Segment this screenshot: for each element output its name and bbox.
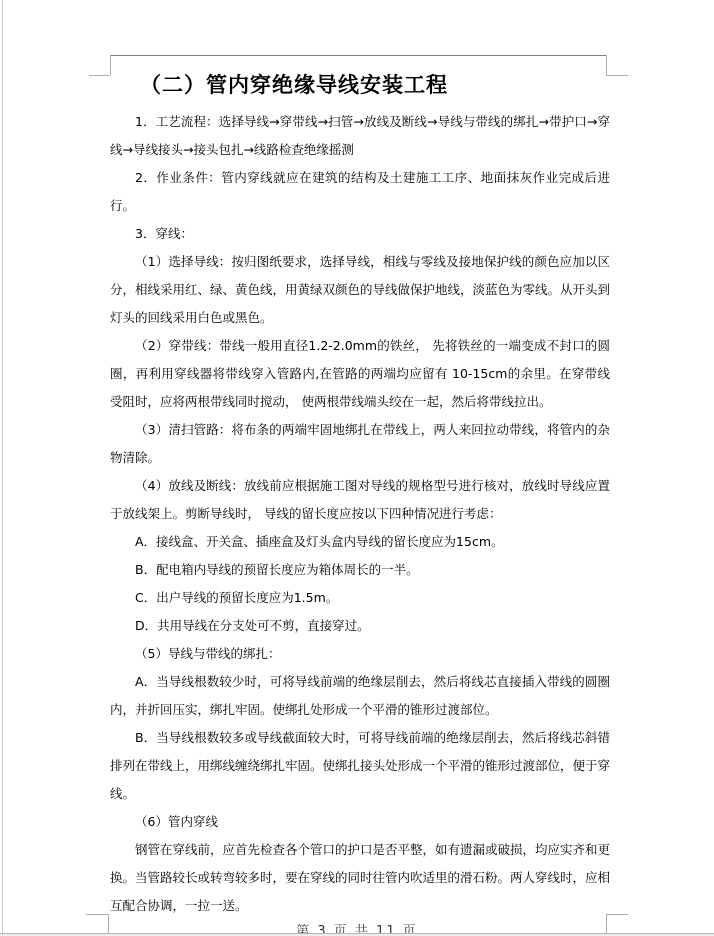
paragraph[interactable]: （3）清扫管路：将布条的两端牢固地绑扎在带线上，两人来回拉动带线，将管内的杂物清… <box>110 416 610 472</box>
paragraph[interactable]: 3．穿线： <box>110 220 610 248</box>
crop-mark-top-left-horizontal <box>89 75 110 76</box>
document-page: （二）管内穿绝缘导线安装工程 1．工艺流程：选择导线→穿带线→扫管→放线及断线→… <box>0 0 714 936</box>
page-left-edge <box>2 0 3 933</box>
paragraph[interactable]: 1．工艺流程：选择导线→穿带线→扫管→放线及断线→导线与带线的绑扎→带护口→穿线… <box>110 108 610 164</box>
paragraph[interactable]: （5）导线与带线的绑扎： <box>110 640 610 668</box>
section-heading[interactable]: （二）管内穿绝缘导线安装工程 <box>110 70 610 100</box>
text-boundary-top-line <box>110 55 607 56</box>
paragraph[interactable]: B．当导线根数较多或导线截面较大时，可将导线前端的绝缘层削去，然后将线芯斜错排列… <box>110 724 610 808</box>
paragraph[interactable]: （2）穿带线：带线一般用直径1.2-2.0mm的铁丝， 先将铁丝的一端变成不封口… <box>110 332 610 416</box>
paragraph[interactable]: 2．作业条件：管内穿线就应在建筑的结构及土建施工工序、地面抹灰作业完成后进行。 <box>110 164 610 220</box>
paragraph[interactable]: B．配电箱内导线的预留长度应为箱体周长的一半。 <box>110 556 610 584</box>
crop-mark-bottom-left-horizontal <box>86 914 108 915</box>
paragraph[interactable]: 钢管在穿线前，应首先检查各个管口的护口是否平整，如有遗漏或破损，均应实齐和更换。… <box>110 836 610 920</box>
paragraph[interactable]: （6）管内穿线 <box>110 808 610 836</box>
paragraph[interactable]: A．接线盒、开关盒、插座盒及灯头盒内导线的留长度应为15cm。 <box>110 528 610 556</box>
paragraph[interactable]: （4）放线及断线：放线前应根据施工图对导线的规格型号进行核对，放线时导线应置于放… <box>110 472 610 528</box>
paragraph[interactable]: C．出户导线的预留长度应为1.5m。 <box>110 584 610 612</box>
paragraph[interactable]: D．共用导线在分支处可不剪，直接穿过。 <box>110 612 610 640</box>
paragraph[interactable]: A．当导线根数较少时，可将导线前端的绝缘层削去，然后将线芯直接插入带线的圆圈内，… <box>110 668 610 724</box>
document-text-area[interactable]: （二）管内穿绝缘导线安装工程 1．工艺流程：选择导线→穿带线→扫管→放线及断线→… <box>110 70 610 920</box>
paragraph[interactable]: （1）选择导线：按归图纸要求，选择导线，相线与零线及接地保护线的颜色应加以区分，… <box>110 248 610 332</box>
